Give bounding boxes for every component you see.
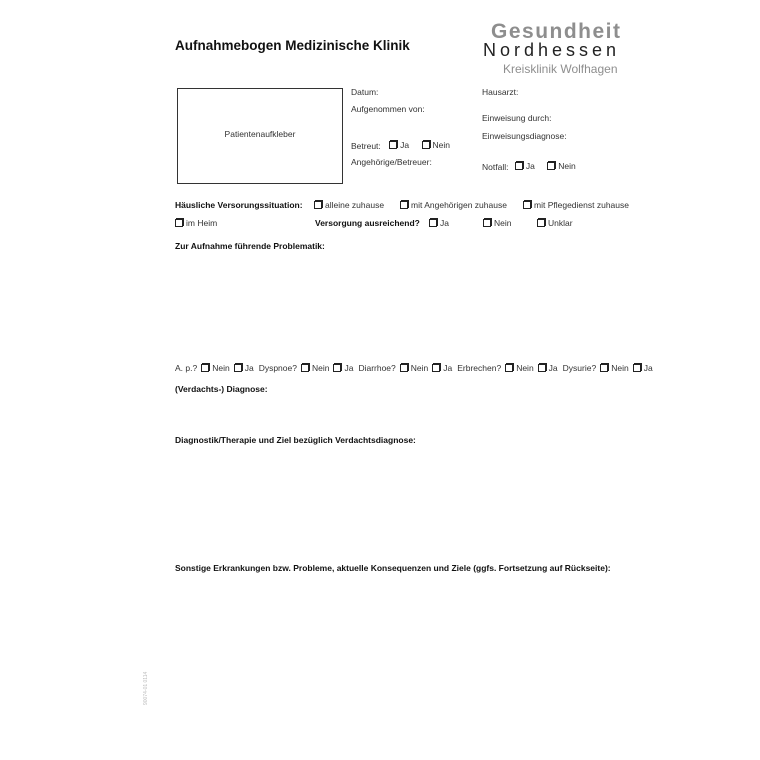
problematik-heading: Zur Aufnahme führende Problematik: xyxy=(175,241,325,251)
option-label: Nein xyxy=(611,363,628,373)
symptom-group: Dysurie?NeinJa xyxy=(563,363,653,373)
betreut-label: Betreut: xyxy=(351,141,381,151)
checkbox-icon[interactable] xyxy=(505,364,513,372)
checkbox-icon[interactable] xyxy=(538,364,546,372)
versorgung-label: Häusliche Versorungssituation: xyxy=(175,200,303,210)
option-label: mit Angehörigen zuhause xyxy=(411,200,507,210)
logo-line-3: Kreisklinik Wolfhagen xyxy=(503,62,618,76)
option-label: im Heim xyxy=(186,218,217,228)
option-label: Nein xyxy=(516,363,533,373)
patient-sticker-box[interactable]: Patientenaufkleber xyxy=(177,88,343,184)
angehoerige-label: Angehörige/Betreuer: xyxy=(351,157,432,167)
form-code: 90074-01 0114 xyxy=(143,672,149,705)
diagnostik-heading: Diagnostik/Therapie und Ziel bezüglich V… xyxy=(175,435,416,445)
checkbox-icon[interactable] xyxy=(429,219,437,227)
symptom-label: A. p.? xyxy=(175,363,197,373)
form-title: Aufnahmebogen Medizinische Klinik xyxy=(175,38,410,53)
checkbox-icon[interactable] xyxy=(314,201,322,209)
ausreichend-label: Versorgung ausreichend? xyxy=(315,218,420,228)
symptom-label: Erbrechen? xyxy=(457,363,501,373)
option-label: Ja xyxy=(549,363,558,373)
betreut-nein-option[interactable]: Nein xyxy=(422,140,450,150)
checkbox-icon[interactable] xyxy=(389,141,397,149)
checkbox-icon[interactable] xyxy=(333,364,341,372)
sonstige-field[interactable] xyxy=(175,578,625,688)
symptom-ja-option[interactable]: Ja xyxy=(432,363,452,373)
option-label: Nein xyxy=(558,161,575,171)
symptom-ja-option[interactable]: Ja xyxy=(633,363,653,373)
checkbox-icon[interactable] xyxy=(483,219,491,227)
betreut-row: Betreut: Ja Nein xyxy=(351,140,450,151)
option-label: Ja xyxy=(644,363,653,373)
option-label: Unklar xyxy=(548,218,573,228)
checkbox-icon[interactable] xyxy=(432,364,440,372)
option-label: Nein xyxy=(411,363,428,373)
option-label: Ja xyxy=(526,161,535,171)
aufgenommen-label: Aufgenommen von: xyxy=(351,104,425,114)
checkbox-icon[interactable] xyxy=(234,364,242,372)
patient-sticker-label: Patientenaufkleber xyxy=(178,129,342,139)
ausreichend-nein-option[interactable]: Nein xyxy=(483,218,511,228)
symptom-nein-option[interactable]: Nein xyxy=(201,363,229,373)
symptom-ja-option[interactable]: Ja xyxy=(538,363,558,373)
symptom-group: A. p.?NeinJa xyxy=(175,363,254,373)
diagnose-heading: (Verdachts-) Diagnose: xyxy=(175,384,268,394)
angehoerige-option[interactable]: mit Angehörigen zuhause xyxy=(400,200,507,210)
checkbox-icon[interactable] xyxy=(633,364,641,372)
symptom-nein-option[interactable]: Nein xyxy=(505,363,533,373)
option-label: mit Pflegedienst zuhause xyxy=(534,200,629,210)
checkbox-icon[interactable] xyxy=(400,364,408,372)
notfall-row: Notfall: Ja Nein xyxy=(482,161,576,172)
ausreichend-unklar-option[interactable]: Unklar xyxy=(537,218,573,228)
logo-line-2: Nordhessen xyxy=(483,40,620,61)
symptom-nein-option[interactable]: Nein xyxy=(400,363,428,373)
checkbox-icon[interactable] xyxy=(400,201,408,209)
notfall-nein-option[interactable]: Nein xyxy=(547,161,575,171)
symptom-group: Dyspnoe?NeinJa xyxy=(259,363,354,373)
einweisungsdiagnose-label: Einweisungsdiagnose: xyxy=(482,131,567,141)
checkbox-icon[interactable] xyxy=(523,201,531,209)
option-label: Ja xyxy=(344,363,353,373)
heim-option[interactable]: im Heim xyxy=(175,218,217,228)
checkbox-icon[interactable] xyxy=(301,364,309,372)
sonstige-heading: Sonstige Erkrankungen bzw. Probleme, akt… xyxy=(175,563,611,573)
symptom-group: Diarrhoe?NeinJa xyxy=(358,363,452,373)
alleine-option[interactable]: alleine zuhause xyxy=(314,200,384,210)
symptom-label: Diarrhoe? xyxy=(358,363,395,373)
checkbox-icon[interactable] xyxy=(537,219,545,227)
diagnose-field[interactable] xyxy=(175,398,625,430)
option-label: Nein xyxy=(212,363,229,373)
symptom-ja-option[interactable]: Ja xyxy=(234,363,254,373)
datum-label: Datum: xyxy=(351,87,378,97)
ausreichend-ja-option[interactable]: Ja xyxy=(429,218,449,228)
checkbox-icon[interactable] xyxy=(600,364,608,372)
symptom-label: Dyspnoe? xyxy=(259,363,297,373)
checkbox-icon[interactable] xyxy=(175,219,183,227)
option-label: Nein xyxy=(433,140,450,150)
einweisung-label: Einweisung durch: xyxy=(482,113,551,123)
checkbox-icon[interactable] xyxy=(515,162,523,170)
option-label: Ja xyxy=(245,363,254,373)
symptom-nein-option[interactable]: Nein xyxy=(600,363,628,373)
notfall-label: Notfall: xyxy=(482,162,508,172)
symptom-row: A. p.?NeinJaDyspnoe?NeinJaDiarrhoe?NeinJ… xyxy=(175,363,653,373)
checkbox-icon[interactable] xyxy=(201,364,209,372)
symptom-label: Dysurie? xyxy=(563,363,597,373)
problematik-field[interactable] xyxy=(175,256,625,356)
notfall-ja-option[interactable]: Ja xyxy=(515,161,535,171)
symptom-group: Erbrechen?NeinJa xyxy=(457,363,557,373)
option-label: alleine zuhause xyxy=(325,200,384,210)
checkbox-icon[interactable] xyxy=(422,141,430,149)
betreut-ja-option[interactable]: Ja xyxy=(389,140,409,150)
hausarzt-label: Hausarzt: xyxy=(482,87,518,97)
option-label: Nein xyxy=(312,363,329,373)
diagnostik-field[interactable] xyxy=(175,450,625,555)
pflegedienst-option[interactable]: mit Pflegedienst zuhause xyxy=(523,200,629,210)
symptom-ja-option[interactable]: Ja xyxy=(333,363,353,373)
option-label: Nein xyxy=(494,218,511,228)
symptom-nein-option[interactable]: Nein xyxy=(301,363,329,373)
option-label: Ja xyxy=(443,363,452,373)
option-label: Ja xyxy=(440,218,449,228)
checkbox-icon[interactable] xyxy=(547,162,555,170)
option-label: Ja xyxy=(400,140,409,150)
